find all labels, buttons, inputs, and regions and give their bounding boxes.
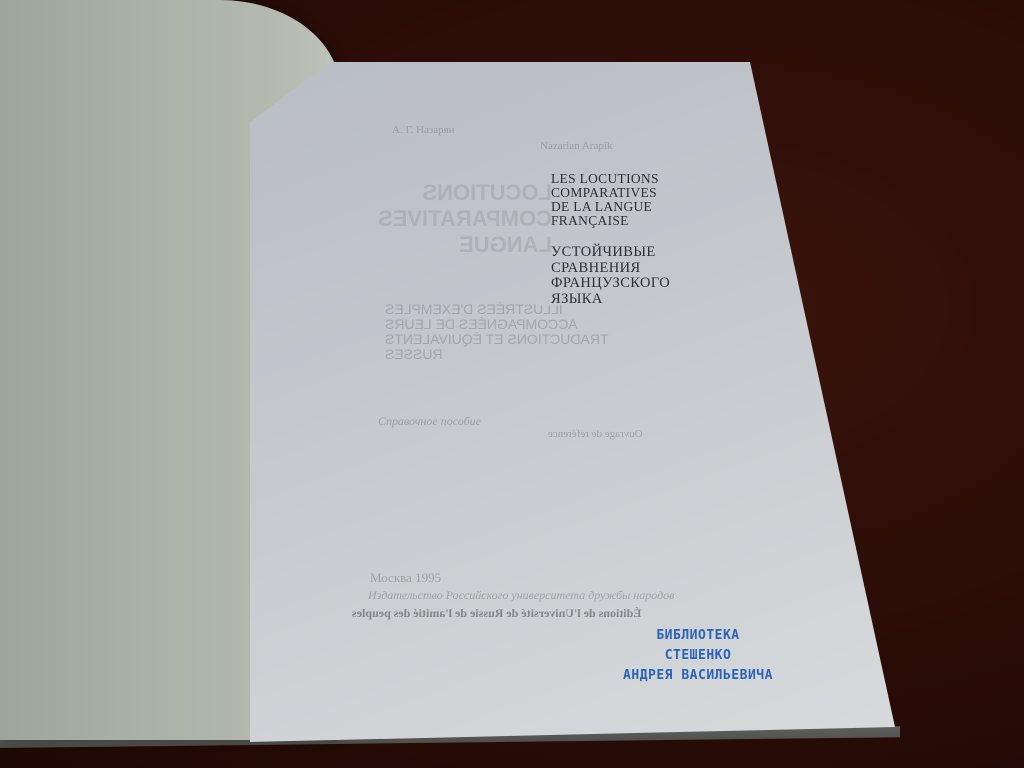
ghost-subtitle-line: ACCOMPAGNÉES DE LEURS bbox=[385, 317, 609, 332]
show-through-city-year: Москва 1995 bbox=[370, 570, 441, 586]
stamp-line: АНДРЕЯ ВАСИЛЬЕВИЧА bbox=[610, 666, 786, 686]
library-stamp: БИБЛИОТЕКА СТЕШЕНКО АНДРЕЯ ВАСИЛЬЕВИЧА bbox=[610, 626, 786, 686]
ghost-subtitle-line: RUSSES bbox=[385, 347, 609, 362]
show-through-compiled-fr: Ouvrage de référence bbox=[548, 428, 643, 440]
stamp-line: СТЕШЕНКО bbox=[610, 646, 786, 666]
show-through-publisher-ru: Издательство Российского университета др… bbox=[368, 588, 674, 603]
ghost-subtitle-line: ILLUSTRÉES D'EXEMPLES bbox=[385, 302, 609, 317]
show-through-author-fr: Nazarian Arapik bbox=[540, 140, 612, 152]
ghost-heading-line: COMPARATIVES bbox=[378, 206, 552, 232]
ghost-subtitle-line: TRADUCTIONS ET ÉQUIVALENTS bbox=[385, 332, 609, 347]
title-ru-line: СРАВНЕНИЯ bbox=[551, 261, 670, 277]
show-through-compiled-ru: Справочное пособие bbox=[378, 414, 481, 429]
stamp-line: БИБЛИОТЕКА bbox=[610, 626, 786, 646]
ghost-heading-line: LANGUE bbox=[378, 232, 552, 258]
title-ru-line: УСТОЙЧИВЫЕ bbox=[551, 245, 670, 261]
ghost-heading-line: LOCUTIONS bbox=[378, 180, 552, 206]
show-through-subtitle: ILLUSTRÉES D'EXEMPLES ACCOMPAGNÉES DE LE… bbox=[385, 302, 609, 362]
title-fr-line: DE LA LANGUE bbox=[551, 200, 659, 214]
show-through-heading: LOCUTIONS COMPARATIVES LANGUE bbox=[378, 180, 552, 258]
title-fr-line: COMPARATIVES bbox=[551, 186, 659, 200]
title-fr-line: LES LOCUTIONS bbox=[551, 172, 659, 186]
title-fr-line: FRANÇAISE bbox=[551, 214, 659, 228]
show-through-author-ru: А. Г. Назарян bbox=[392, 124, 455, 136]
show-through-publisher-fr: Éditions de l'Université de Russie de l'… bbox=[352, 606, 641, 621]
title-russian: УСТОЙЧИВЫЕ СРАВНЕНИЯ ФРАНЦУЗСКОГО ЯЗЫКА bbox=[551, 245, 670, 307]
title-french: LES LOCUTIONS COMPARATIVES DE LA LANGUE … bbox=[551, 172, 659, 228]
title-ru-line: ФРАНЦУЗСКОГО bbox=[551, 276, 670, 292]
